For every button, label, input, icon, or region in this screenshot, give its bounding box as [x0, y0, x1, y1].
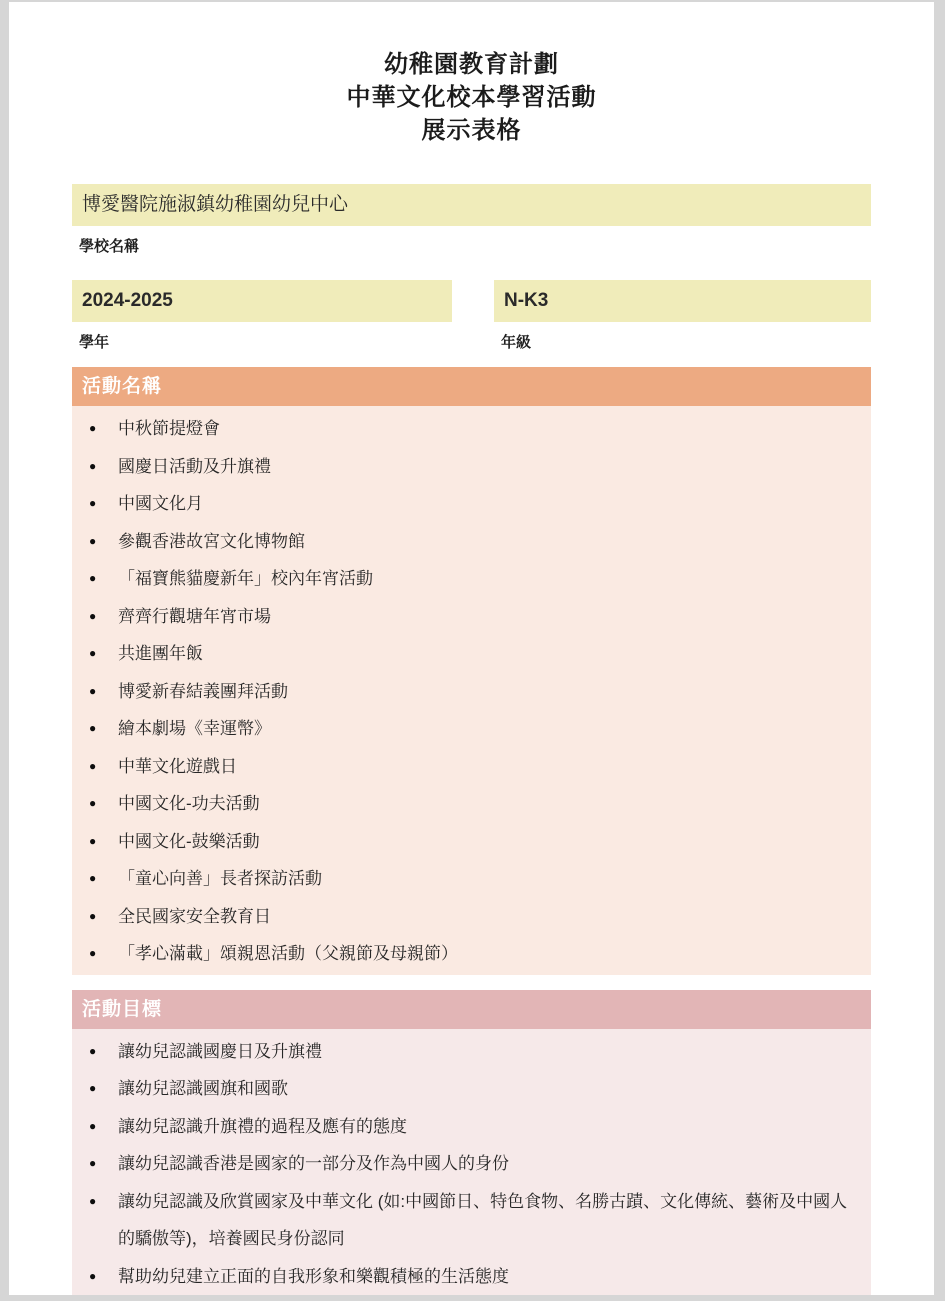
list-item: ●國慶日活動及升旗禮 — [72, 448, 871, 486]
list-item-text: 「童心向善」長者探訪活動 — [118, 860, 857, 898]
list-item-text: 「福寶熊貓慶新年」校內年宵活動 — [118, 560, 857, 598]
list-item-text: 中華文化遊戲日 — [118, 748, 857, 786]
bullet-icon: ● — [89, 598, 118, 636]
grade-value: N-K3 — [494, 280, 871, 322]
list-item-text: 中秋節提燈會 — [118, 410, 857, 448]
year-grade-row: 2024-2025 學年 N-K3 年級 — [72, 280, 871, 352]
school-name-value: 博愛醫院施淑鎮幼稚園幼兒中心 — [72, 184, 871, 226]
list-item-text: 讓幼兒認識國旗和國歌 — [118, 1070, 857, 1108]
list-item-text: 繪本劇場《幸運幣》 — [118, 710, 857, 748]
bullet-icon: ● — [89, 1070, 118, 1108]
school-year-label: 學年 — [72, 331, 452, 352]
document-content: 幼稚園教育計劃 中華文化校本學習活動 展示表格 博愛醫院施淑鎮幼稚園幼兒中心 學… — [72, 2, 871, 1295]
document-title: 幼稚園教育計劃 中華文化校本學習活動 展示表格 — [72, 48, 871, 147]
activity-names-list: ●中秋節提燈會●國慶日活動及升旗禮●中國文化月●參觀香港故宮文化博物館●「福寶熊… — [72, 406, 871, 975]
bullet-icon: ● — [89, 410, 118, 448]
list-item-text: 共進團年飯 — [118, 635, 857, 673]
list-item: ●中秋節提燈會 — [72, 410, 871, 448]
list-item-text: 讓幼兒認識國慶日及升旗禮 — [118, 1033, 857, 1071]
list-item: ●參觀香港故宮文化博物館 — [72, 523, 871, 561]
activity-goals-section: 活動目標 ●讓幼兒認識國慶日及升旗禮●讓幼兒認識國旗和國歌●讓幼兒認識升旗禮的過… — [72, 990, 871, 1296]
list-item-text: 中國文化月 — [118, 485, 857, 523]
bullet-icon: ● — [89, 785, 118, 823]
bullet-icon: ● — [89, 898, 118, 936]
list-item-text: 讓幼兒認識升旗禮的過程及應有的態度 — [118, 1108, 857, 1146]
bullet-icon: ● — [89, 823, 118, 861]
list-item: ●中華文化遊戲日 — [72, 748, 871, 786]
bullet-icon: ● — [89, 448, 118, 486]
activity-names-header: 活動名稱 — [72, 367, 871, 406]
list-item-text: 中國文化-鼓樂活動 — [118, 823, 857, 861]
title-line-2: 中華文化校本學習活動 — [72, 81, 871, 114]
list-item: ●繪本劇場《幸運幣》 — [72, 710, 871, 748]
title-line-1: 幼稚園教育計劃 — [72, 48, 871, 81]
list-item: ●中國文化月 — [72, 485, 871, 523]
list-item-text: 博愛新春結義團拜活動 — [118, 673, 857, 711]
list-item-text: 「孝心滿載」頌親恩活動（父親節及母親節） — [118, 935, 857, 973]
list-item: ●「福寶熊貓慶新年」校內年宵活動 — [72, 560, 871, 598]
activity-goals-list: ●讓幼兒認識國慶日及升旗禮●讓幼兒認識國旗和國歌●讓幼兒認識升旗禮的過程及應有的… — [72, 1029, 871, 1296]
list-item-text: 幫助幼兒建立正面的自我形象和樂觀積極的生活態度 — [118, 1258, 857, 1296]
list-item: ●中國文化-功夫活動 — [72, 785, 871, 823]
list-item: ●「孝心滿載」頌親恩活動（父親節及母親節） — [72, 935, 871, 973]
list-item: ●讓幼兒認識升旗禮的過程及應有的態度 — [72, 1108, 871, 1146]
bullet-icon: ● — [89, 1258, 118, 1296]
list-item-text: 中國文化-功夫活動 — [118, 785, 857, 823]
list-item: ●幫助幼兒建立正面的自我形象和樂觀積極的生活態度 — [72, 1258, 871, 1296]
list-item: ●中國文化-鼓樂活動 — [72, 823, 871, 861]
school-name-label: 學校名稱 — [72, 235, 871, 256]
bullet-icon: ● — [89, 1108, 118, 1146]
list-item: ●共進團年飯 — [72, 635, 871, 673]
list-item: ●讓幼兒認識國旗和國歌 — [72, 1070, 871, 1108]
school-name-field: 博愛醫院施淑鎮幼稚園幼兒中心 學校名稱 — [72, 184, 871, 256]
bullet-icon: ● — [89, 1033, 118, 1071]
list-item-text: 國慶日活動及升旗禮 — [118, 448, 857, 486]
list-item-text: 讓幼兒認識及欣賞國家及中華文化 (如:中國節日、特色食物、名勝古蹟、文化傳統、藝… — [118, 1183, 857, 1258]
bullet-icon: ● — [89, 1145, 118, 1183]
list-item: ●「童心向善」長者探訪活動 — [72, 860, 871, 898]
bullet-icon: ● — [89, 485, 118, 523]
list-item: ●全民國家安全教育日 — [72, 898, 871, 936]
grade-label: 年級 — [494, 331, 871, 352]
list-item-text: 齊齊行觀塘年宵市場 — [118, 598, 857, 636]
list-item: ●齊齊行觀塘年宵市場 — [72, 598, 871, 636]
grade-field: N-K3 年級 — [494, 280, 871, 352]
list-item: ●讓幼兒認識國慶日及升旗禮 — [72, 1033, 871, 1071]
bullet-icon: ● — [89, 523, 118, 561]
document-page: 幼稚園教育計劃 中華文化校本學習活動 展示表格 博愛醫院施淑鎮幼稚園幼兒中心 學… — [9, 2, 934, 1295]
bullet-icon: ● — [89, 673, 118, 711]
list-item: ●讓幼兒認識香港是國家的一部分及作為中國人的身份 — [72, 1145, 871, 1183]
bullet-icon: ● — [89, 935, 118, 973]
bullet-icon: ● — [89, 710, 118, 748]
list-item: ●讓幼兒認識及欣賞國家及中華文化 (如:中國節日、特色食物、名勝古蹟、文化傳統、… — [72, 1183, 871, 1258]
list-item: ●博愛新春結義團拜活動 — [72, 673, 871, 711]
bullet-icon: ● — [89, 560, 118, 598]
list-item-text: 全民國家安全教育日 — [118, 898, 857, 936]
bullet-icon: ● — [89, 635, 118, 673]
bullet-icon: ● — [89, 1183, 118, 1221]
title-line-3: 展示表格 — [72, 114, 871, 147]
activity-goals-header: 活動目標 — [72, 990, 871, 1029]
list-item-text: 讓幼兒認識香港是國家的一部分及作為中國人的身份 — [118, 1145, 857, 1183]
bullet-icon: ● — [89, 860, 118, 898]
bullet-icon: ● — [89, 748, 118, 786]
school-year-value: 2024-2025 — [72, 280, 452, 322]
list-item-text: 參觀香港故宮文化博物館 — [118, 523, 857, 561]
activity-names-section: 活動名稱 ●中秋節提燈會●國慶日活動及升旗禮●中國文化月●參觀香港故宮文化博物館… — [72, 367, 871, 975]
school-year-field: 2024-2025 學年 — [72, 280, 452, 352]
